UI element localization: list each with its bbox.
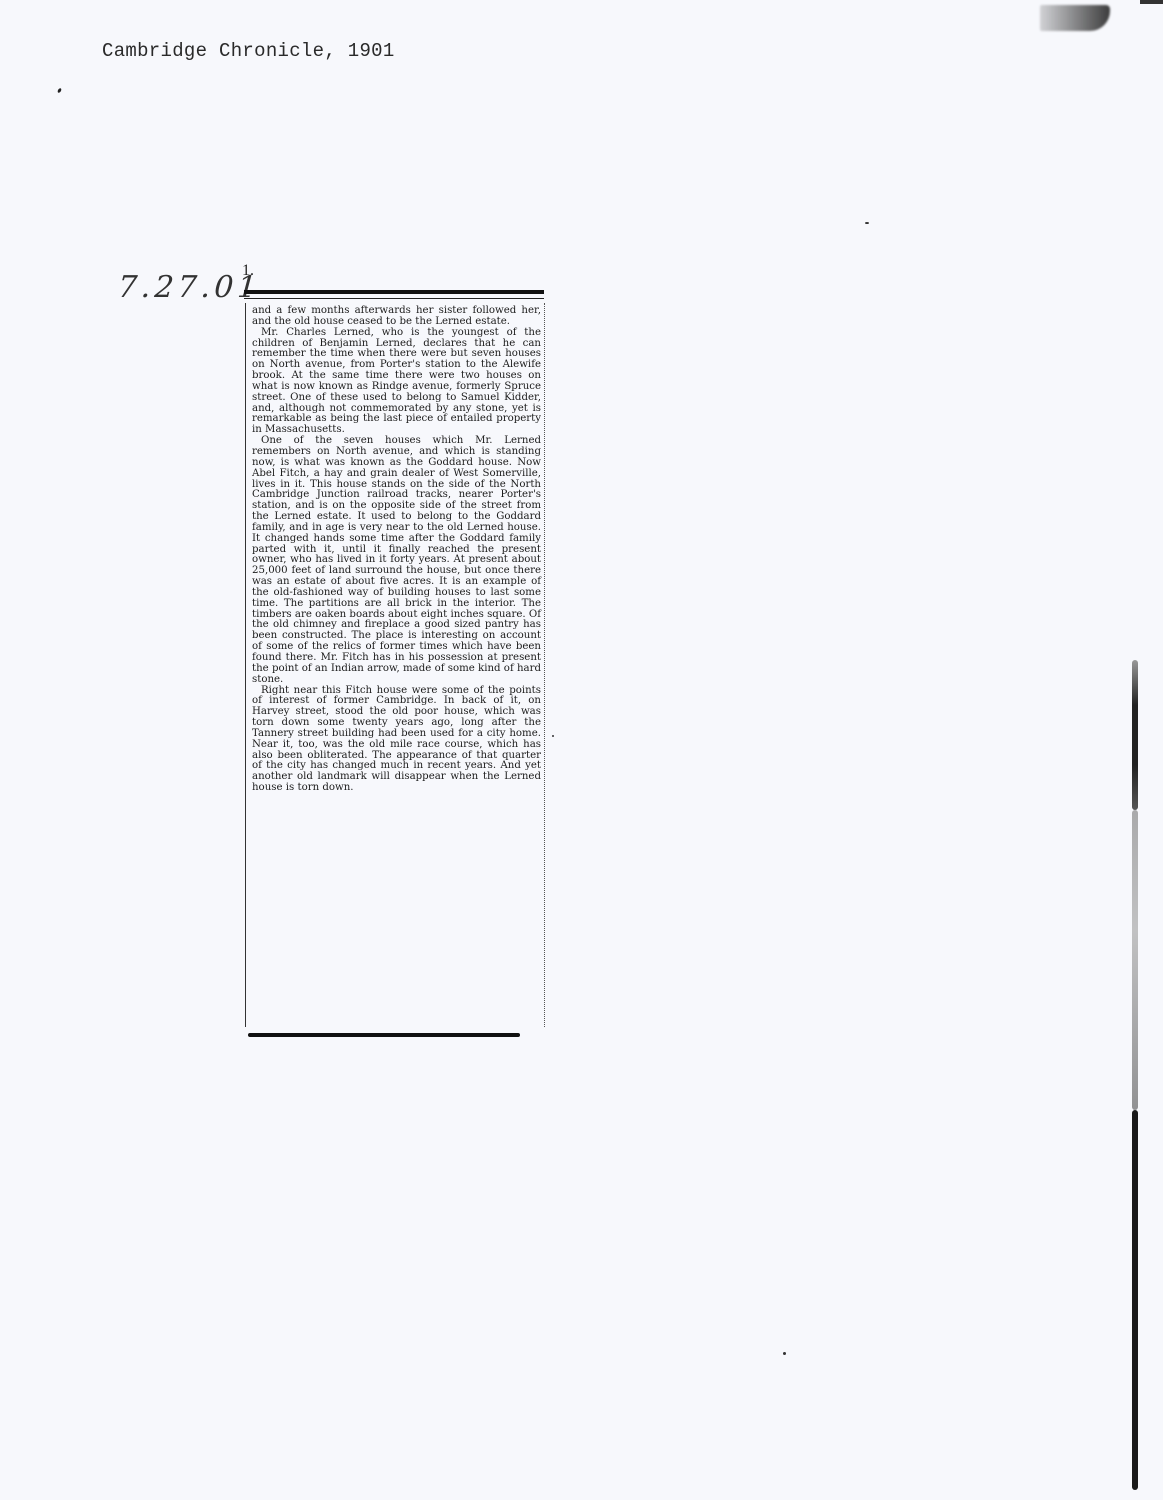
scan-edge-bar (1132, 660, 1138, 810)
article-paragraph: One of the seven houses which Mr. Lerned… (252, 436, 541, 685)
typed-header: Cambridge Chronicle, 1901 (102, 40, 395, 62)
scan-edge-mark (1140, 0, 1163, 4)
article-paragraph: Right near this Fitch house were some of… (252, 686, 541, 794)
article-paragraph: Mr. Charles Lerned, who is the youngest … (252, 328, 541, 436)
clipping-bottom-rule (248, 1033, 520, 1037)
scan-edge-bar (1132, 1110, 1138, 1490)
ink-speck (865, 222, 869, 224)
ink-speck (552, 735, 554, 737)
article-paragraph: and a few months afterwards her sister f… (252, 306, 541, 328)
scan-edge-bar (1132, 810, 1138, 1110)
scan-smudge (1040, 5, 1110, 31)
handwritten-date: 7.27.01 (117, 270, 262, 305)
newspaper-clipping: and a few months afterwards her sister f… (245, 303, 545, 1027)
ink-speck (783, 1352, 786, 1355)
clipping-number: 1. (242, 262, 254, 280)
clipping-top-rule (244, 290, 544, 294)
article-body: and a few months afterwards her sister f… (252, 306, 541, 794)
ink-speck (57, 88, 62, 94)
clipping-top-rule-thin (244, 298, 544, 299)
